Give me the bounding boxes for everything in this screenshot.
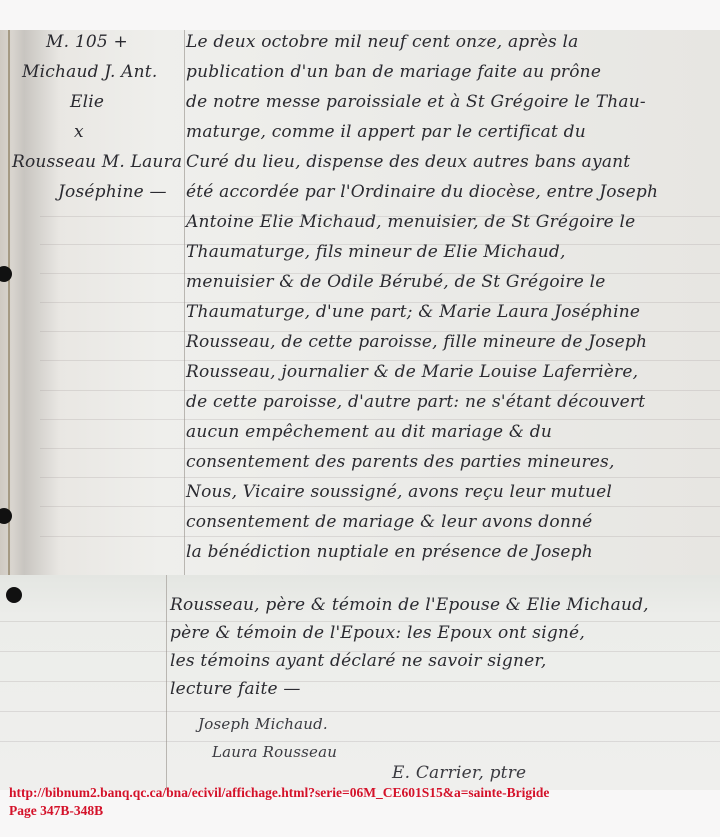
record-line: Le deux octobre mil neuf cent onze, aprè… bbox=[186, 32, 578, 52]
page-edge bbox=[8, 30, 10, 575]
margin-connector: x bbox=[74, 122, 84, 142]
record-line: aucun empêchement au dit mariage & du bbox=[186, 422, 552, 442]
source-url-caption: http://bibnum2.banq.qc.ca/bna/ecivil/aff… bbox=[9, 785, 549, 801]
ruled-line bbox=[40, 506, 720, 507]
punch-hole bbox=[0, 266, 12, 282]
register-scan-lower: Rousseau, père & témoin de l'Epouse & El… bbox=[0, 575, 720, 790]
signature-priest: E. Carrier, ptre bbox=[392, 763, 526, 783]
signature-groom: Joseph Michaud. bbox=[198, 715, 328, 733]
record-line: Thaumaturge, d'une part; & Marie Laura J… bbox=[186, 302, 640, 322]
record-line: de cette paroisse, d'autre part: ne s'ét… bbox=[186, 392, 645, 412]
record-line: consentement des parents des parties min… bbox=[186, 452, 615, 472]
ruled-line bbox=[0, 741, 720, 742]
continuation-line: lecture faite — bbox=[170, 679, 301, 699]
record-line: maturge, comme il appert par le certific… bbox=[186, 122, 586, 142]
record-line: consentement de mariage & leur avons don… bbox=[186, 512, 592, 532]
ruled-line bbox=[0, 621, 720, 622]
groom-surname-margin: Michaud J. Ant. bbox=[22, 62, 157, 82]
groom-given-name-margin: Elie bbox=[70, 92, 104, 112]
ruled-line bbox=[40, 536, 720, 537]
record-line: de notre messe paroissiale et à St Grégo… bbox=[186, 92, 646, 112]
continuation-line: père & témoin de l'Epoux: les Epoux ont … bbox=[170, 623, 585, 643]
record-line: Rousseau, journalier & de Marie Louise L… bbox=[186, 362, 638, 382]
margin-column-rule bbox=[166, 575, 167, 790]
punch-hole bbox=[6, 587, 22, 603]
ruled-line bbox=[40, 477, 720, 478]
ruled-line bbox=[40, 390, 720, 391]
record-line: Nous, Vicaire soussigné, avons reçu leur… bbox=[186, 482, 612, 502]
continuation-line: les témoins ayant déclaré ne savoir sign… bbox=[170, 651, 546, 671]
record-line: menuisier & de Odile Bérubé, de St Grégo… bbox=[186, 272, 606, 292]
ruled-line bbox=[0, 681, 720, 682]
page-reference-caption: Page 347B-348B bbox=[9, 803, 103, 819]
signature-bride: Laura Rousseau bbox=[212, 743, 337, 761]
ruled-line bbox=[40, 419, 720, 420]
bride-surname-margin: Rousseau M. Laura bbox=[12, 152, 182, 172]
record-line: Rousseau, de cette paroisse, fille mineu… bbox=[186, 332, 647, 352]
continuation-line: Rousseau, père & témoin de l'Epouse & El… bbox=[170, 595, 649, 615]
entry-number: M. 105 + bbox=[46, 32, 128, 52]
ruled-line bbox=[40, 448, 720, 449]
punch-hole bbox=[0, 508, 12, 524]
record-line: Antoine Elie Michaud, menuisier, de St G… bbox=[186, 212, 635, 232]
record-line: la bénédiction nuptiale en présence de J… bbox=[186, 542, 593, 562]
record-line: été accordée par l'Ordinaire du diocèse,… bbox=[186, 182, 658, 202]
register-scan-upper: M. 105 + Michaud J. Ant. Elie x Rousseau… bbox=[0, 30, 720, 575]
record-line: publication d'un ban de mariage faite au… bbox=[186, 62, 601, 82]
record-line: Thaumaturge, fils mineur de Elie Michaud… bbox=[186, 242, 566, 262]
ruled-line bbox=[40, 360, 720, 361]
bride-given-name-margin: Joséphine — bbox=[58, 182, 167, 202]
record-line: Curé du lieu, dispense des deux autres b… bbox=[186, 152, 630, 172]
ruled-line bbox=[0, 711, 720, 712]
